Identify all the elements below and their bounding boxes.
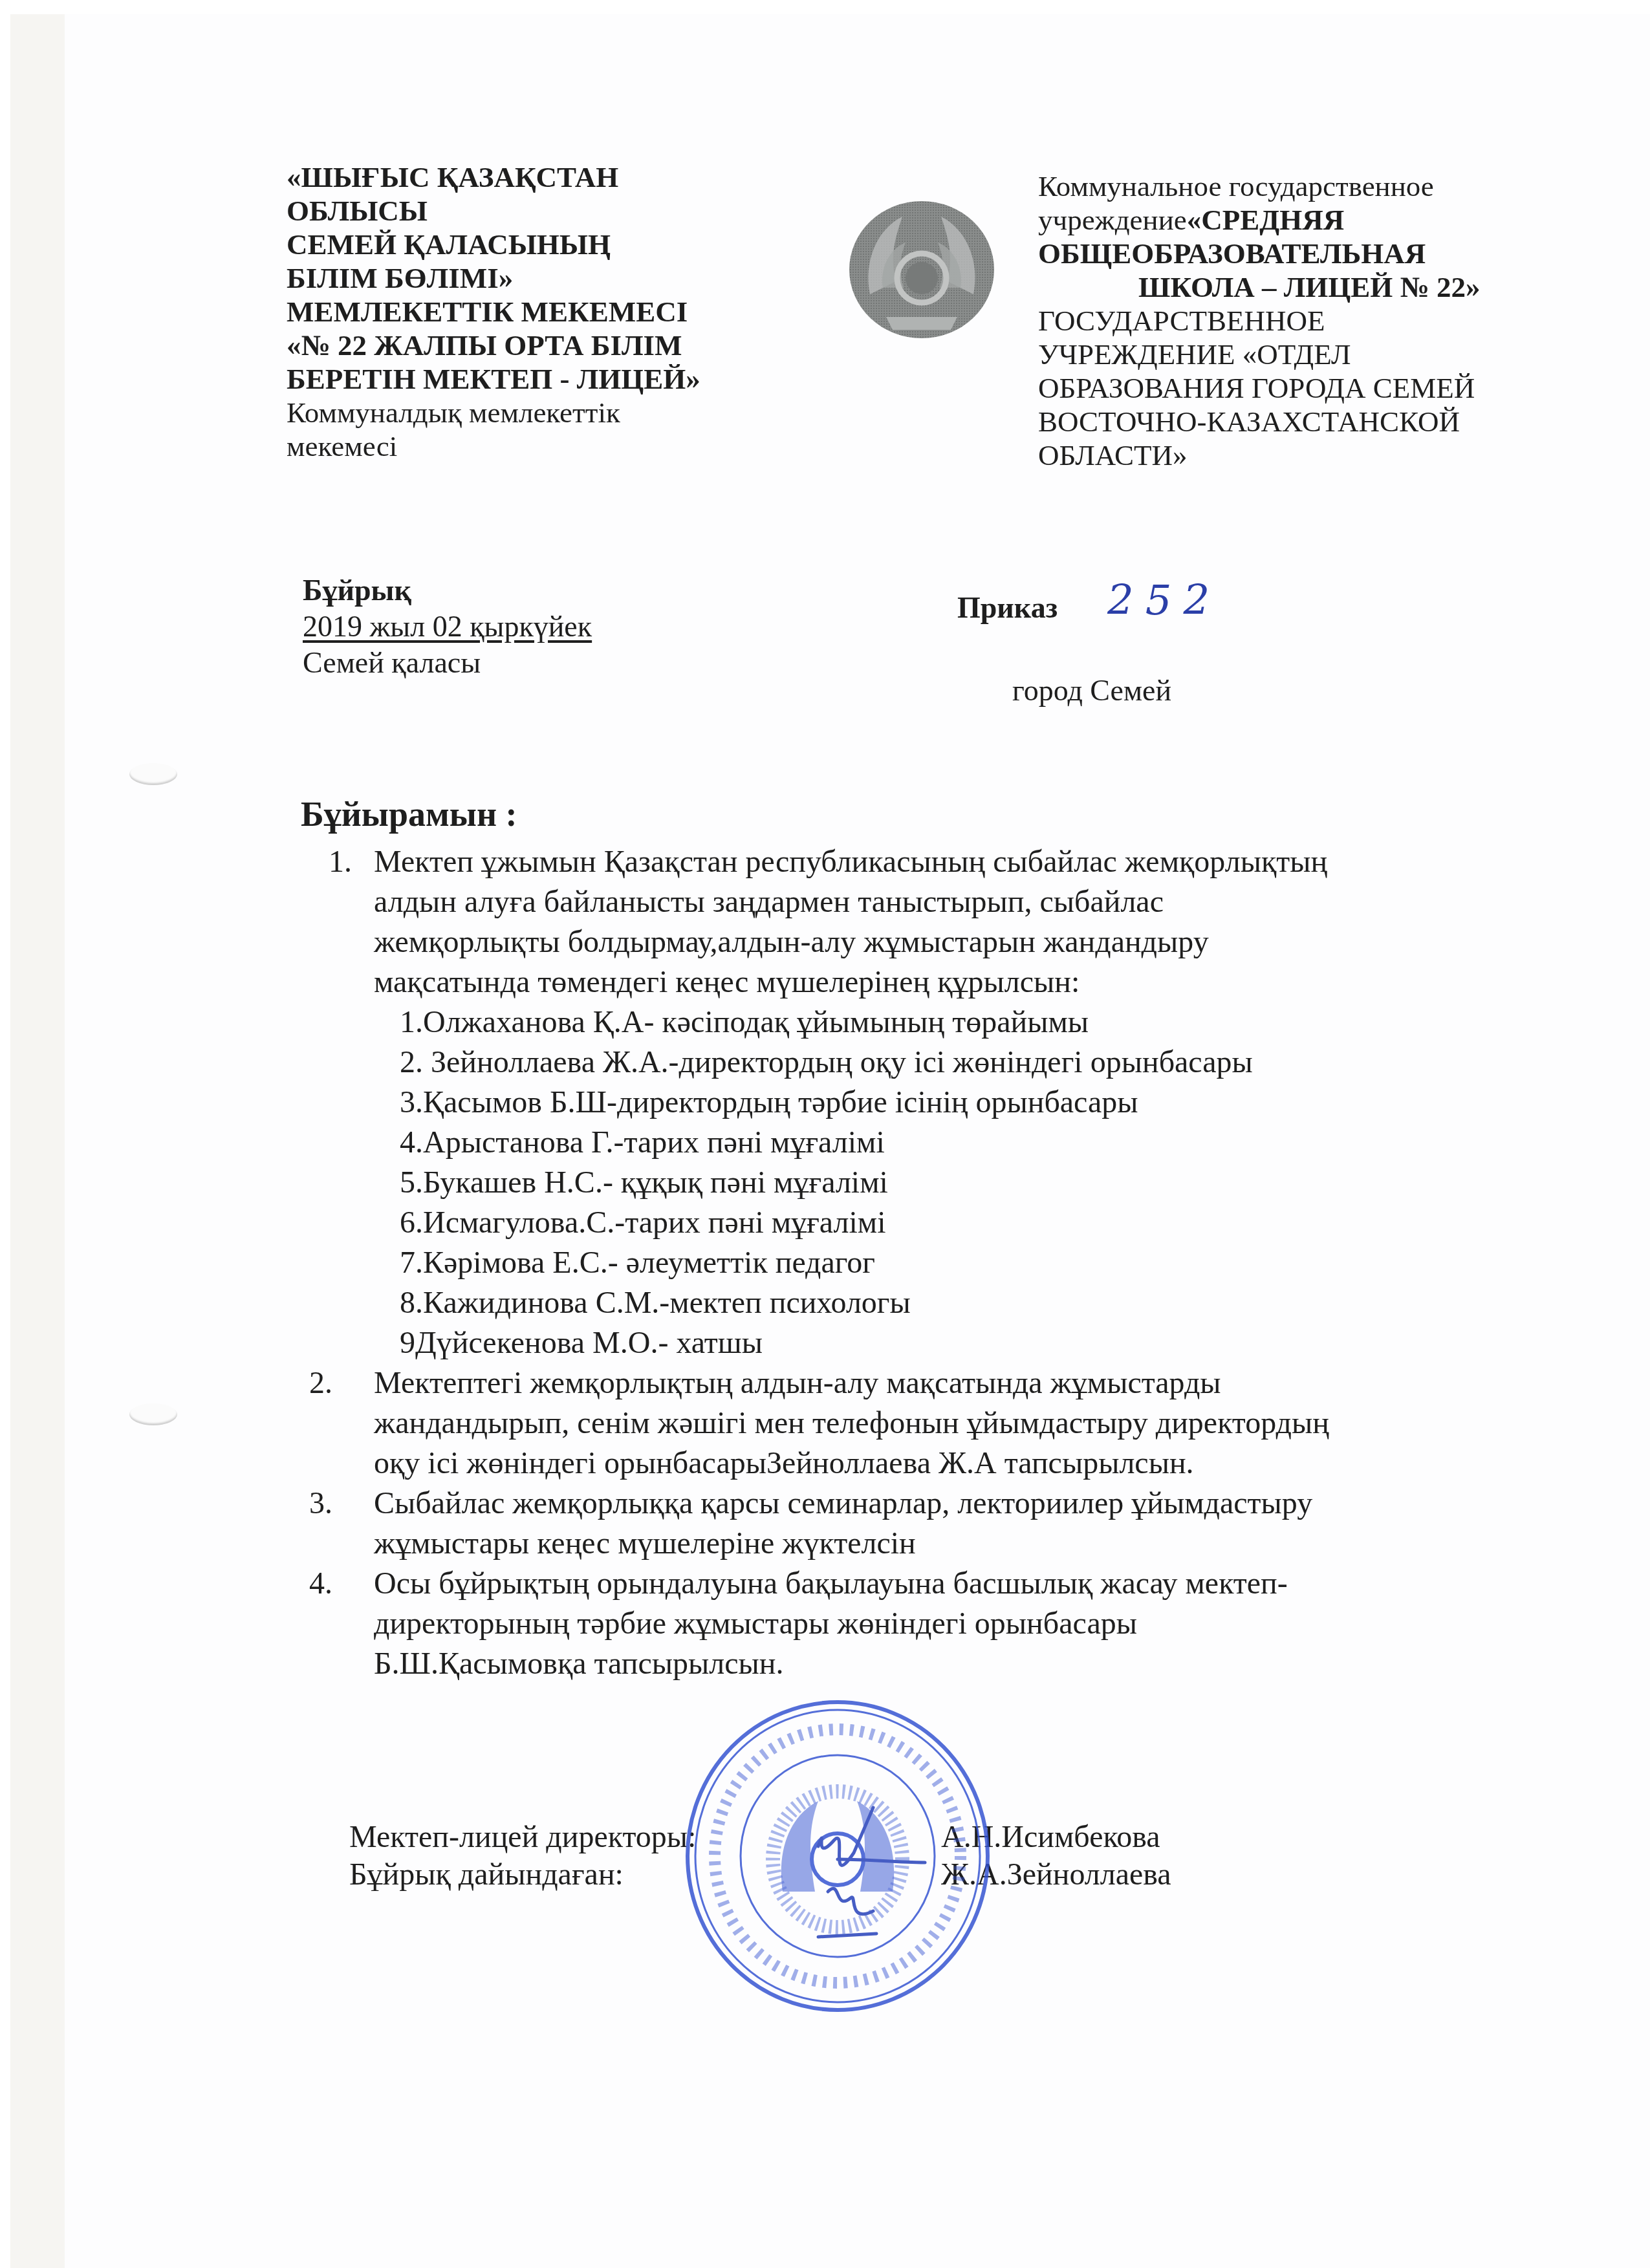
- order-date: 2019 жыл 02 қыркүйек: [303, 609, 592, 645]
- order-item-1: 1. Мектеп ұжымын Қазақстан республикасын…: [303, 842, 1570, 1363]
- member-item: 4.Арыстанова Г.-тарих пәні мұғалімі: [374, 1123, 1570, 1163]
- member-item: 6.Исмагулова.С.-тарих пәні мұғалімі: [374, 1203, 1570, 1243]
- member-item: 5.Букашев Н.С.- құқық пәні мұғалімі: [374, 1163, 1570, 1203]
- header-right-line: ШКОЛА – ЛИЦЕЙ № 22»: [1038, 270, 1481, 304]
- item-line: жандандырып, сенім жәшігі мен телефонын …: [374, 1403, 1570, 1443]
- item-line: жемқорлықты болдырмау,алдын-алу жұмыстар…: [374, 922, 1570, 962]
- item-number: 3.: [309, 1484, 332, 1524]
- item-line: Б.Ш.Қасымовқа тапсырылсын.: [374, 1644, 1570, 1684]
- header-right-line: ГОСУДАРСТВЕННОЕ: [1038, 304, 1481, 338]
- item-number: 4.: [309, 1564, 332, 1604]
- header-right-fragment: «СРЕДНЯЯ: [1187, 204, 1344, 236]
- order-items: 1. Мектеп ұжымын Қазақстан республикасын…: [303, 842, 1570, 1684]
- header-left-line: МЕМЛЕКЕТТІК МЕКЕМЕСІ: [287, 295, 700, 329]
- prepared-by-label: Бұйрық дайындаған:: [349, 1856, 624, 1894]
- member-item: 3.Қасымов Б.Ш-директордың тәрбие ісінің …: [374, 1083, 1570, 1123]
- header-left-line: «ШЫҒЫС ҚАЗАҚСТАН: [287, 160, 700, 194]
- item-line: оқу ісі жөніндегі орынбасарыЗейноллаева …: [374, 1443, 1570, 1484]
- director-label: Мектеп-лицей директоры:: [349, 1819, 696, 1856]
- item-number: 2.: [309, 1363, 332, 1403]
- header-right-line: ОБРАЗОВАНИЯ ГОРОДА СЕМЕЙ: [1038, 371, 1481, 405]
- city-ru: город Семей: [1012, 673, 1171, 709]
- order-heading: Бұйырамын :: [301, 794, 517, 834]
- item-line: Сыбайлас жемқорлыққа қарсы семинарлар, л…: [374, 1484, 1570, 1524]
- scan-left-edge: [10, 14, 65, 2268]
- item-line: мақсатында төмендегі кеңес мүшелерінең қ…: [374, 962, 1570, 1002]
- header-right-line: ВОСТОЧНО-КАЗАХСТАНСКОЙ: [1038, 405, 1481, 438]
- member-item: 1.Олжаханова Қ.А- кәсіподақ ұйымының төр…: [374, 1002, 1570, 1042]
- member-item: 8.Кажидинова С.М.-мектеп психологы: [374, 1283, 1570, 1323]
- header-right-line: ОБЩЕОБРАЗОВАТЕЛЬНАЯ: [1038, 237, 1481, 270]
- order-meta-kz: Бұйрық 2019 жыл 02 қыркүйек Семей қаласы: [303, 572, 592, 681]
- punch-hole-icon: [129, 763, 177, 785]
- item-number: 1.: [329, 842, 352, 882]
- order-number-handwritten: 252: [1107, 577, 1221, 625]
- order-title-ru: Приказ: [957, 590, 1058, 626]
- header-left-line: мекемесі: [287, 429, 700, 463]
- item-line: директорының тәрбие жұмыстары жөніндегі …: [374, 1604, 1570, 1644]
- order-item-2: 2. Мектептегі жемқорлықтың алдын-алу мақ…: [303, 1363, 1570, 1484]
- punch-hole-icon: [129, 1403, 177, 1425]
- header-right-line: Коммунальное государственное: [1038, 169, 1481, 203]
- header-left-line: БЕРЕТІН МЕКТЕП - ЛИЦЕЙ»: [287, 362, 700, 396]
- member-item: 7.Кәрімова Е.С.- әлеуметтік педагог: [374, 1243, 1570, 1283]
- header-left-line: «№ 22 ЖАЛПЫ ОРТА БІЛІМ: [287, 329, 700, 362]
- item-line: алдын алуға байланысты заңдармен танысты…: [374, 882, 1570, 922]
- item-line: Осы бұйрықтың орындалуына бақылауына бас…: [374, 1564, 1570, 1604]
- header-right-line: ОБЛАСТИ»: [1038, 438, 1481, 472]
- state-emblem-of-kazakhstan-icon: [844, 191, 999, 346]
- header-left-line: БІЛІМ БӨЛІМІ»: [287, 261, 700, 295]
- item-line: Мектеп ұжымын Қазақстан республикасының …: [374, 842, 1570, 882]
- header-right-ru: Коммунальное государственное учреждение«…: [1038, 169, 1481, 472]
- order-item-3: 3. Сыбайлас жемқорлыққа қарсы семинарлар…: [303, 1484, 1570, 1564]
- member-item: 2. Зейноллаева Ж.А.-директордың оқу ісі …: [374, 1042, 1570, 1083]
- header-right-line: УЧРЕЖДЕНИЕ «ОТДЕЛ: [1038, 338, 1481, 371]
- header-left-line: Коммуналдық мемлекеттік: [287, 396, 700, 429]
- order-title-kz: Бұйрық: [303, 572, 592, 609]
- order-item-4: 4. Осы бұйрықтың орындалуына бақылауына …: [303, 1564, 1570, 1684]
- header-left-kz: «ШЫҒЫС ҚАЗАҚСТАН ОБЛЫСЫ СЕМЕЙ ҚАЛАСЫНЫҢ …: [287, 160, 700, 463]
- header-left-line: ОБЛЫСЫ: [287, 194, 700, 228]
- member-item: 9Дүйсекенова М.О.- хатшы: [374, 1323, 1570, 1363]
- item-line: Мектептегі жемқорлықтың алдын-алу мақсат…: [374, 1363, 1570, 1403]
- header-left-line: СЕМЕЙ ҚАЛАСЫНЫҢ: [287, 228, 700, 261]
- header-right-fragment: учреждение: [1038, 204, 1187, 236]
- council-members-list: 1.Олжаханова Қ.А- кәсіподақ ұйымының төр…: [374, 1002, 1570, 1363]
- item-line: жұмыстары кеңес мүшелеріне жүктелсін: [374, 1524, 1570, 1564]
- header-right-line: учреждение«СРЕДНЯЯ: [1038, 203, 1481, 237]
- official-round-seal-icon: [679, 1698, 996, 2014]
- city-kz: Семей қаласы: [303, 645, 592, 681]
